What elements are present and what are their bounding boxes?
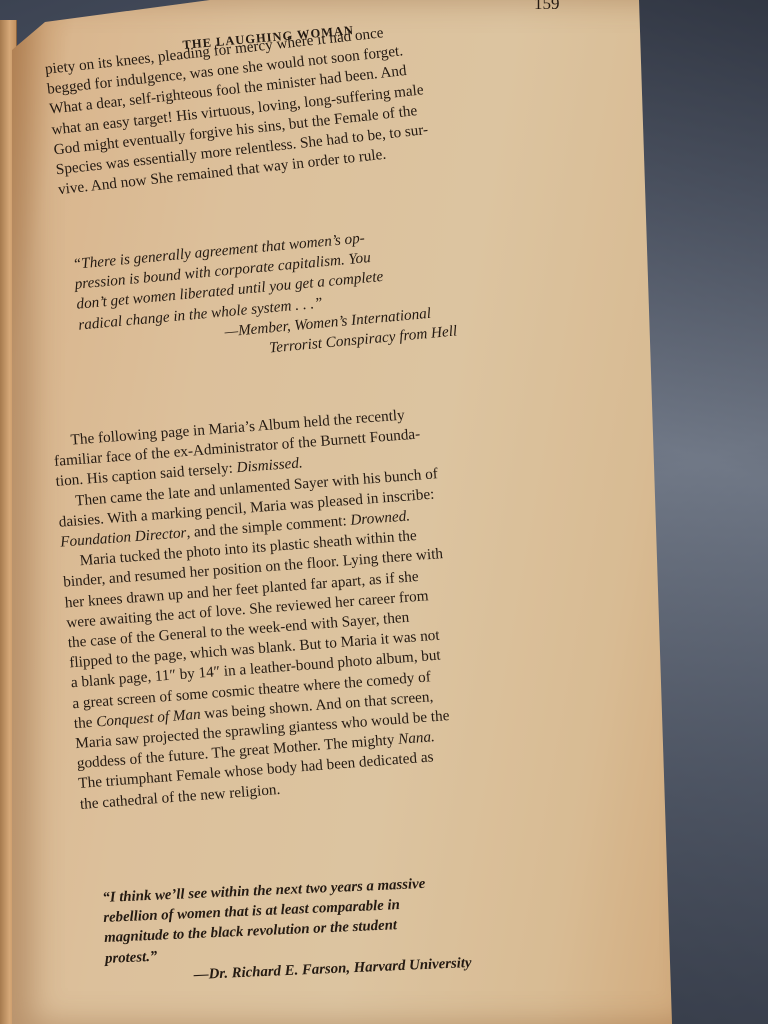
- italic-text: Dismissed.: [236, 455, 303, 477]
- epigraph-1: “There is generally agreement that women…: [72, 209, 591, 376]
- italic-text: Nana.: [398, 728, 436, 748]
- paragraph-2: The following page in Maria’s Album held…: [52, 389, 659, 815]
- text-fragment: the: [73, 713, 97, 732]
- epigraph-2: “I think we’ll see within the next two y…: [102, 866, 616, 989]
- italic-text: Drowned.: [350, 507, 411, 528]
- paragraph-1: piety on its knees, pleading for mercy w…: [44, 0, 616, 201]
- book-page: 159 THE LAUGHING WOMAN piety on its knee…: [12, 0, 672, 1024]
- page-content: 159 THE LAUGHING WOMAN piety on its knee…: [32, 0, 632, 1024]
